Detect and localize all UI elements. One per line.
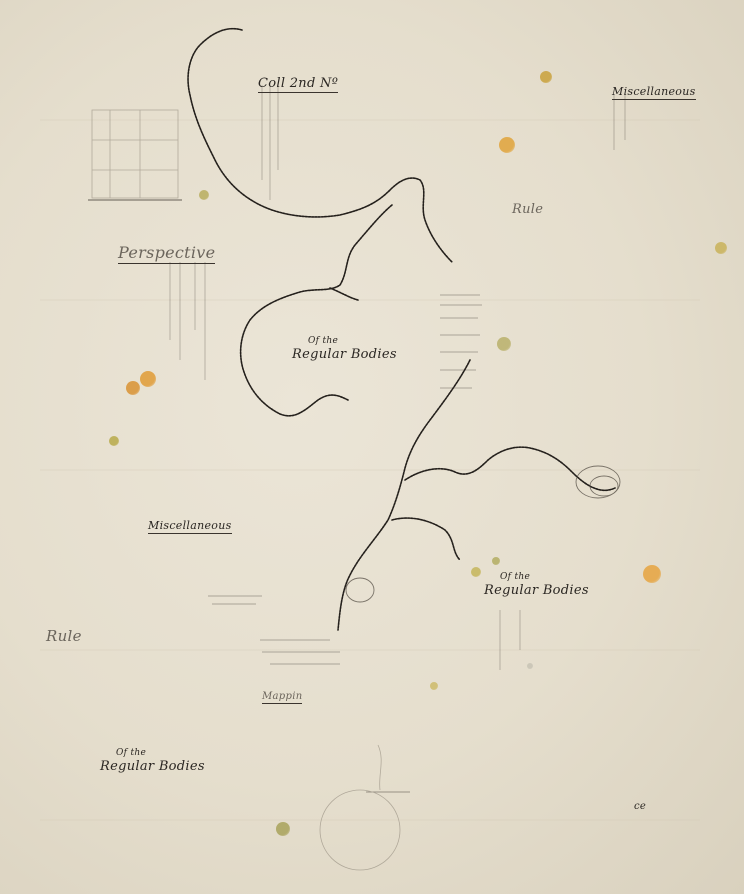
label-miscellaneous-mid-left: Miscellaneous [148, 514, 232, 533]
label-regular-bodies-lower: Of the Regular Bodies [100, 748, 205, 774]
label-miscellaneous-top-right: Miscellaneous [612, 80, 696, 99]
paint-dot [276, 822, 290, 836]
paint-dot [471, 567, 481, 577]
paint-dot [126, 381, 140, 395]
paint-dot [199, 190, 209, 200]
paint-dot [492, 557, 500, 565]
paint-dot [497, 337, 511, 351]
paint-dot [527, 663, 533, 669]
label-regular-bodies-center: Of the Regular Bodies [292, 336, 397, 362]
paint-dot [643, 565, 661, 583]
label-bottom-right-mark: ce [634, 794, 646, 813]
paint-dot [499, 137, 515, 153]
paint-dot [140, 371, 156, 387]
paint-dot [430, 682, 438, 690]
label-mappin-faint: Mappin [262, 684, 302, 703]
label-rule-lower-left: Rule [46, 626, 82, 645]
label-regular-bodies-right: Of the Regular Bodies [484, 572, 589, 598]
label-perspective: Perspective [118, 243, 215, 262]
paint-dot [540, 71, 552, 83]
paint-dot [109, 436, 119, 446]
artwork-canvas: Coll 2nd Nº Miscellaneous Rule Perspecti… [0, 0, 744, 894]
label-collection-number: Coll 2nd Nº [258, 72, 338, 91]
paint-dot [715, 242, 727, 254]
label-rule-upper-right: Rule [512, 198, 543, 217]
